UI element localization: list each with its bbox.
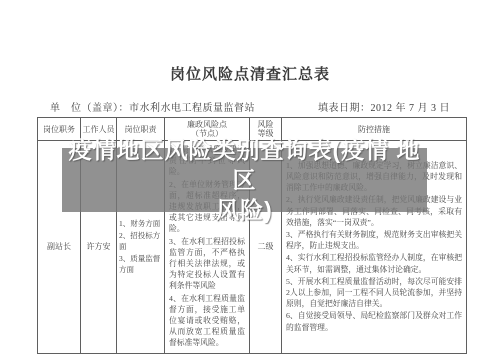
header-risk-level-line1: 风险: [251, 120, 280, 129]
measure-item: 3、严格执行有关财务制度，规范财务支出审核把关程序，防止违规支出。: [286, 229, 462, 251]
header-position-label: 岗位职务: [43, 125, 75, 134]
measure-item: 6、自觉接受局领导、局纪检监察部门及群众对工作的监督管理。: [286, 310, 462, 332]
header-staff-label: 工作人员: [83, 125, 115, 134]
unit-seal-label: 单 位（盖章）：市水利水电工程质量监督站: [50, 99, 255, 114]
header-duties-label: 岗位职责: [125, 125, 157, 134]
header-measures-label: 防控措施: [358, 125, 390, 134]
duty-item: 3、质量监督方面: [119, 253, 162, 275]
duty-item: 2、招投标方面: [119, 230, 162, 252]
measure-item: 4、实行水利工程招投标监管经办人制度，在审核把关环节，如需调整，通过集体讨论确定…: [286, 252, 462, 274]
header-risk-points-line1: 廉政风险点: [166, 120, 248, 129]
measure-item: 5、开展水利工程质量监督活动时，每次尽可能安排2人以上参加，同一工程不同人员轮流…: [286, 276, 462, 310]
page-title: 岗位风险点清查汇总表: [0, 63, 500, 84]
watermark-line2: 风险): [62, 195, 427, 225]
fill-date-label: 填表日期：2012 年 7 月 3 日: [318, 99, 450, 114]
watermark-line1: 疫情地区风险类别查询表(疫情 地区: [62, 135, 427, 195]
risk-point-item: 4、在水利工程质量监督方面，接受施工单位宴请或收受贿赂，从而放宽工程质量监督标准…: [169, 293, 245, 349]
risk-point-item: 3、在水利工程招投标监管方面，不严格执行相关法律法规，或为特定投标人设置有利条件…: [169, 236, 245, 292]
watermark-overlay: 疫情地区风险类别查询表(疫情 地区 风险): [62, 148, 427, 212]
